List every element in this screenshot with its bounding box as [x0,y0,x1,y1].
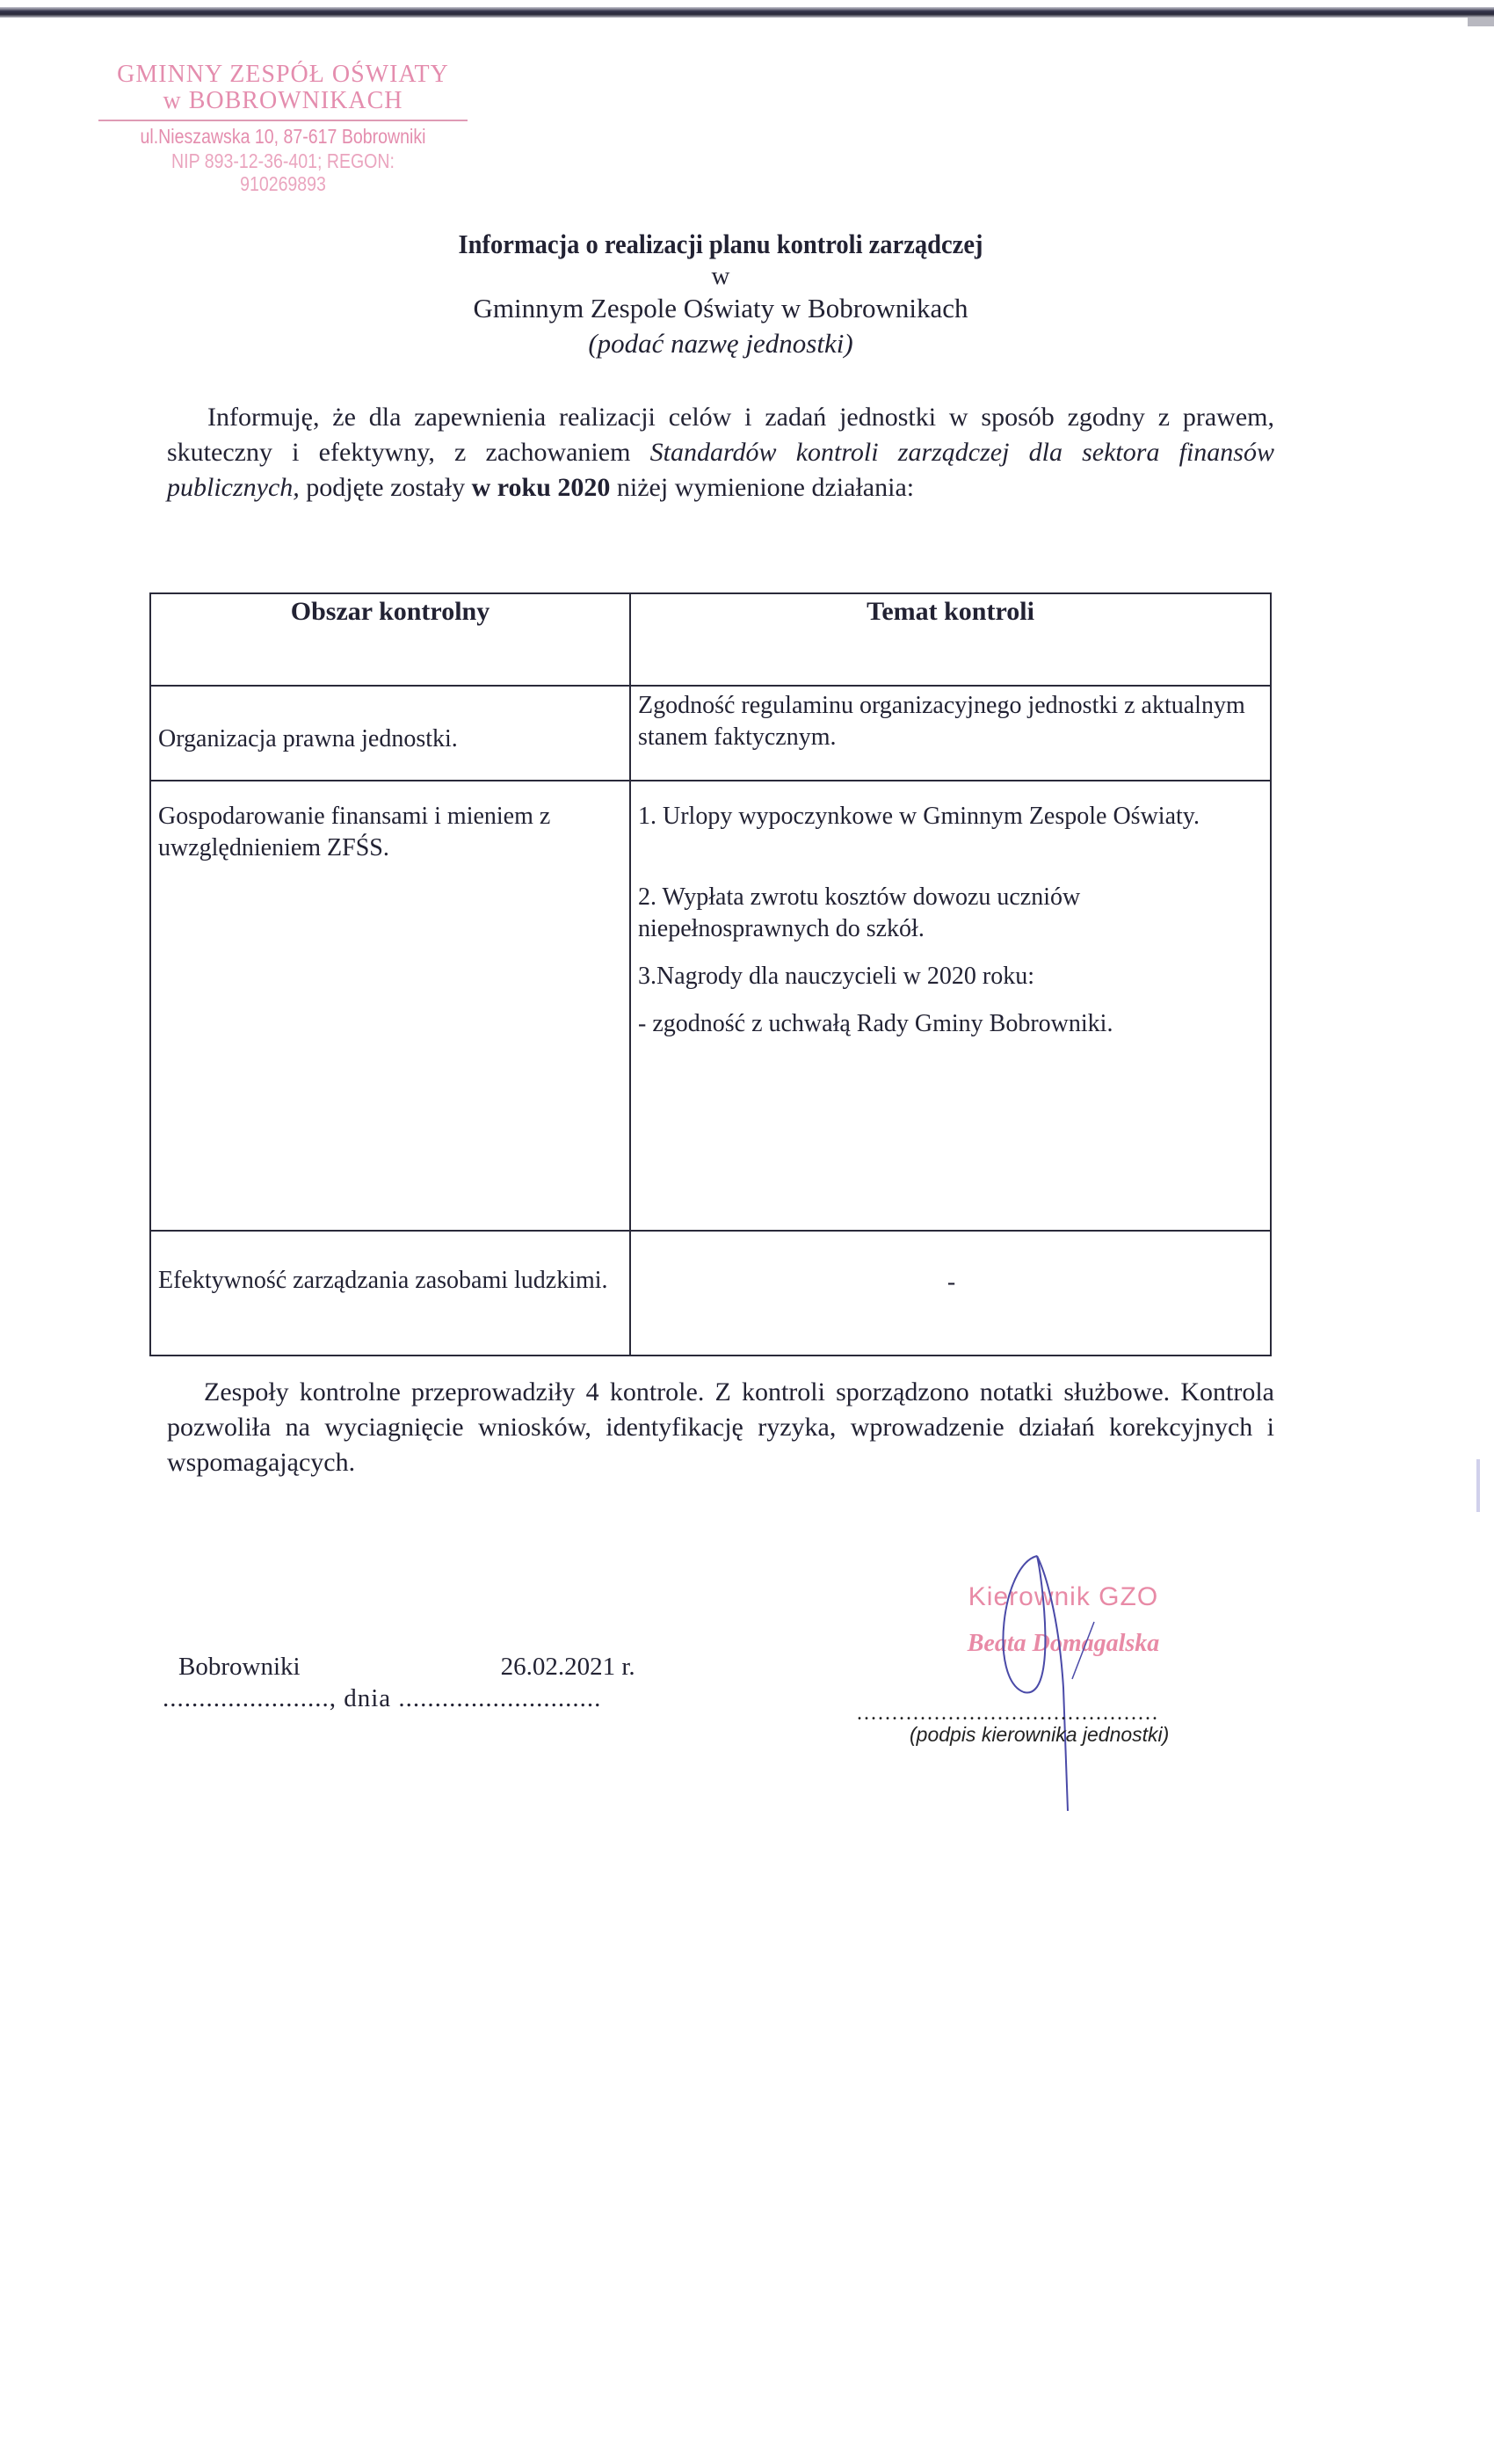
summary-text: Zespoły kontrolne przeprowadziły 4 kontr… [167,1377,1274,1477]
area-text: Efektywność zarządzania zasobami ludzkim… [158,1265,624,1297]
stamp-line-1: GMINNY ZESPÓŁ OŚWIATY [98,62,468,88]
stamp-tax-ids: NIP 893-12-36-401; REGON: 910269893 [127,149,440,195]
place: Bobrowniki [178,1653,301,1681]
stamp-line-2: w BOBROWNIKACH [98,88,468,121]
unit-name-hint: (podać nazwę jednostki) [0,327,1441,360]
intro-text-2: podjęte zostały [300,473,472,502]
table-row: Organizacja prawna jednostki. Zgodność r… [150,686,1271,781]
signature-caption: (podpis kierownika jednostki) [910,1723,1169,1747]
topic-item: 3.Nagrody dla nauczycieli w 2020 roku: [638,961,1265,992]
topic-item: 2. Wypłata zwrotu kosztów dowozu uczniów… [638,882,1265,945]
intro-text-3: niżej wymienione działania: [610,473,914,502]
intro-paragraph: Informuję, że dla zapewnienia realizacji… [167,400,1274,505]
area-text: Gospodarowanie finansami i mieniem z uwz… [158,801,624,864]
handwritten-signature-icon [975,1547,1151,1811]
area-cell: Organizacja prawna jednostki. [150,686,630,781]
table-row: Efektywność zarządzania zasobami ludzkim… [150,1231,1271,1356]
topic-cell: Zgodność regulaminu organizacyjnego jedn… [630,686,1271,781]
place-date-template: ......................., dnia ..........… [163,1683,635,1714]
topic-text: - [638,1267,1265,1298]
column-header-area: Obszar kontrolny [150,593,630,686]
institution-stamp: GMINNY ZESPÓŁ OŚWIATY w BOBROWNIKACH ul.… [98,62,468,195]
topic-cell: - [630,1231,1271,1356]
topic-item: - zgodność z uchwałą Rady Gminy Bobrowni… [638,1008,1265,1040]
topic-cell: 1. Urlopy wypoczynkowe w Gminnym Zespole… [630,781,1271,1231]
column-header-topic: Temat kontroli [630,593,1271,686]
scan-edge-bar [0,7,1494,18]
place-date-block: Bobrowniki26.02.2021 r. ................… [163,1651,635,1714]
scan-artifact [1476,1459,1480,1512]
topic-text: Zgodność regulaminu organizacyjnego jedn… [638,692,1245,751]
area-text: Organizacja prawna jednostki. [158,723,624,755]
document-title: Informacja o realizacji planu kontroli z… [58,227,1384,262]
title-preposition: w [0,262,1441,290]
topic-item: 1. Urlopy wypoczynkowe w Gminnym Zespole… [638,801,1265,832]
table-row: Gospodarowanie finansami i mieniem z uwz… [150,781,1271,1231]
unit-name: Gminnym Zespole Oświaty w Bobrownikach [0,290,1441,327]
intro-year: w roku 2020 [472,473,611,502]
area-cell: Efektywność zarządzania zasobami ludzkim… [150,1231,630,1356]
table-header-row: Obszar kontrolny Temat kontroli [150,593,1271,686]
document-header: Informacja o realizacji planu kontroli z… [0,227,1441,360]
signature-line: ........................................… [857,1702,1159,1726]
stamp-address: ul.Nieszawska 10, 87-617 Bobrowniki [127,123,440,149]
summary-paragraph: Zespoły kontrolne przeprowadziły 4 kontr… [167,1375,1274,1480]
control-plan-table: Obszar kontrolny Temat kontroli Organiza… [149,592,1272,1356]
area-cell: Gospodarowanie finansami i mieniem z uwz… [150,781,630,1231]
scan-edge-corner [1468,18,1494,26]
date: 26.02.2021 r. [501,1653,635,1681]
